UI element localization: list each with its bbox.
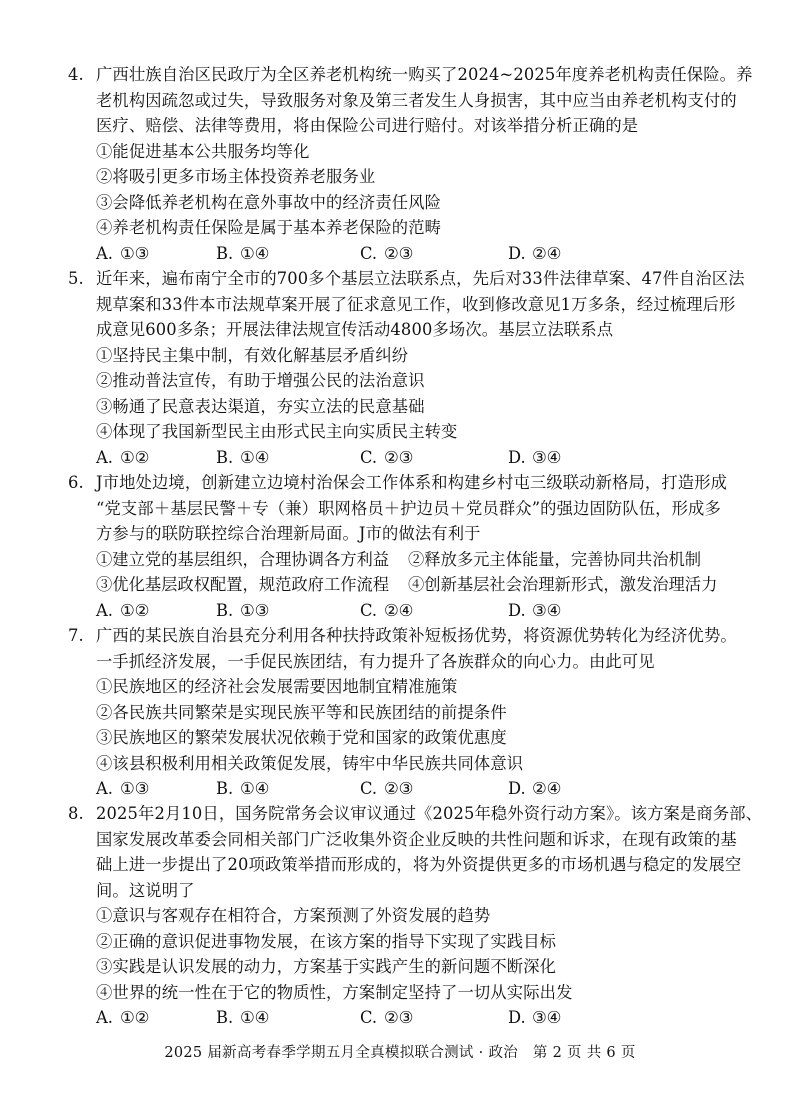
- statement: ②释放多元主体能量，完善协同共治机制: [408, 547, 701, 573]
- question-stem-line: 础上进一步提出了20项政策举措而形成的，将为外资提供更多的市场机遇与稳定的发展空: [68, 852, 768, 878]
- question-stem-line: 7. 广西的某民族自治县充分利用各种扶持政策补短板扬优势，将资源优势转化为经济优…: [68, 623, 768, 649]
- statement: ④体现了我国新型民主由形式民主向实质民主转变: [68, 419, 768, 445]
- statement-row: ①建立党的基层组织，合理协调各方利益 ②释放多元主体能量，完善协同共治机制: [68, 547, 768, 573]
- answer-options: A.①② B.①④ C.②③ D.③④: [68, 1005, 768, 1031]
- statement: ③实践是认识发展的动力，方案基于实践产生的新问题不断深化: [68, 954, 768, 980]
- option-d: D.②④: [508, 241, 561, 267]
- question-stem-line: 老机构因疏忽或过失，导致服务对象及第三者发生人身损害，其中应当由养老机构支付的: [68, 88, 768, 114]
- answer-options: A.①② B.①③ C.②④ D.③④: [68, 598, 768, 624]
- statement: ②推动普法宣传，有助于增强公民的法治意识: [68, 368, 768, 394]
- question-stem-line: 间。这说明了: [68, 878, 768, 904]
- question-number: 6.: [68, 470, 84, 496]
- option-c: C.②④: [360, 598, 413, 624]
- statement: ①能促进基本公共服务均等化: [68, 139, 768, 165]
- statement: ④养老机构责任保险是属于基本养老保险的范畴: [68, 215, 768, 241]
- page-footer: 2025 届新高考春季学期五月全真模拟联合测试 · 政治 第 2 页 共 6 页: [0, 1043, 800, 1063]
- option-d: D.③④: [508, 1005, 561, 1031]
- option-a: A.①②: [96, 1005, 149, 1031]
- question-stem-line: 方参与的联防联控综合治理新局面。J市的做法有利于: [68, 521, 768, 547]
- option-d: D.③④: [508, 445, 561, 471]
- statement: ①建立党的基层组织，合理协调各方利益: [96, 547, 389, 573]
- statement: ②正确的意识促进事物发展，在该方案的指导下实现了实践目标: [68, 929, 768, 955]
- statement: ①意识与客观存在相符合，方案预测了外资发展的趋势: [68, 903, 768, 929]
- option-d: D.②④: [508, 776, 561, 802]
- option-d: D.③④: [508, 598, 561, 624]
- question-4: 4. 广西壮族自治区民政厅为全区养老机构统一购买了2024~2025年度养老机构…: [68, 62, 768, 266]
- statement: ③畅通了民意表达渠道，夯实立法的民意基础: [68, 394, 768, 420]
- option-b: B.①④: [216, 241, 269, 267]
- statement: ④世界的统一性在于它的物质性，方案制定坚持了一切从实际出发: [68, 980, 768, 1006]
- option-b: B.①③: [216, 598, 269, 624]
- statement: ②将吸引更多市场主体投资养老服务业: [68, 164, 768, 190]
- statement: ①坚持民主集中制，有效化解基层矛盾纠纷: [68, 343, 768, 369]
- option-a: A.①③: [96, 776, 149, 802]
- exam-page: 4. 广西壮族自治区民政厅为全区养老机构统一购买了2024~2025年度养老机构…: [0, 0, 800, 1105]
- option-a: A.①②: [96, 598, 149, 624]
- question-number: 8.: [68, 801, 84, 827]
- statement: ③优化基层政权配置，规范政府工作流程: [96, 572, 389, 598]
- question-stem-line: 6. J市地处边境，创新建立边境村治保会工作体系和构建乡村屯三级联动新格局，打造…: [68, 470, 768, 496]
- question-stem-line: 一手抓经济发展，一手促民族团结，有力提升了各族群众的向心力。由此可见: [68, 649, 768, 675]
- option-c: C.②③: [360, 776, 413, 802]
- question-stem-line: 规草案和33件本市法规草案开展了征求意见工作，收到修改意见1万多条，经过梳理后形: [68, 292, 768, 318]
- option-b: B.①④: [216, 445, 269, 471]
- answer-options: A.①③ B.①④ C.②③ D.②④: [68, 776, 768, 802]
- option-b: B.①④: [216, 776, 269, 802]
- statement: ④创新基层社会治理新形式，激发治理活力: [408, 572, 717, 598]
- option-b: B.①④: [216, 1005, 269, 1031]
- question-stem-line: 国家发展改革委会同相关部门广泛收集外资企业反映的共性问题和诉求，在现有政策的基: [68, 827, 768, 853]
- question-6: 6. J市地处边境，创新建立边境村治保会工作体系和构建乡村屯三级联动新格局，打造…: [68, 470, 768, 623]
- question-number: 4.: [68, 62, 84, 88]
- question-stem-line: 医疗、赔偿、法律等费用，将由保险公司进行赔付。对该举措分析正确的是: [68, 113, 768, 139]
- statement-row: ③优化基层政权配置，规范政府工作流程 ④创新基层社会治理新形式，激发治理活力: [68, 572, 768, 598]
- question-stem-line: “党支部＋基层民警＋专（兼）职网格员＋护边员＋党员群众”的强边固防队伍，形成多: [68, 496, 768, 522]
- question-stem-line: 成意见600多条；开展法律法规宣传活动4800多场次。基层立法联系点: [68, 317, 768, 343]
- question-stem-line: 4. 广西壮族自治区民政厅为全区养老机构统一购买了2024~2025年度养老机构…: [68, 62, 768, 88]
- statement: ③民族地区的繁荣发展状况依赖于党和国家的政策优惠度: [68, 725, 768, 751]
- statement: ③会降低养老机构在意外事故中的经济责任风险: [68, 190, 768, 216]
- answer-options: A.①③ B.①④ C.②③ D.②④: [68, 241, 768, 267]
- option-c: C.②③: [360, 241, 413, 267]
- statement: ②各民族共同繁荣是实现民族平等和民族团结的前提条件: [68, 700, 768, 726]
- option-a: A.①③: [96, 241, 149, 267]
- option-c: C.②③: [360, 445, 413, 471]
- question-number: 5.: [68, 266, 84, 292]
- statement: ④该县积极利用相关政策促发展，铸牢中华民族共同体意识: [68, 751, 768, 777]
- answer-options: A.①② B.①④ C.②③ D.③④: [68, 445, 768, 471]
- option-c: C.②③: [360, 1005, 413, 1031]
- statement: ①民族地区的经济社会发展需要因地制宜精准施策: [68, 674, 768, 700]
- question-8: 8. 2025年2月10日，国务院常务会议审议通过《2025年稳外资行动方案》。…: [68, 801, 768, 1031]
- option-a: A.①②: [96, 445, 149, 471]
- question-stem-line: 5. 近年来，遍布南宁全市的700多个基层立法联系点，先后对33件法律草案、47…: [68, 266, 768, 292]
- question-5: 5. 近年来，遍布南宁全市的700多个基层立法联系点，先后对33件法律草案、47…: [68, 266, 768, 470]
- question-7: 7. 广西的某民族自治县充分利用各种扶持政策补短板扬优势，将资源优势转化为经济优…: [68, 623, 768, 802]
- question-number: 7.: [68, 623, 84, 649]
- question-stem-line: 8. 2025年2月10日，国务院常务会议审议通过《2025年稳外资行动方案》。…: [68, 801, 768, 827]
